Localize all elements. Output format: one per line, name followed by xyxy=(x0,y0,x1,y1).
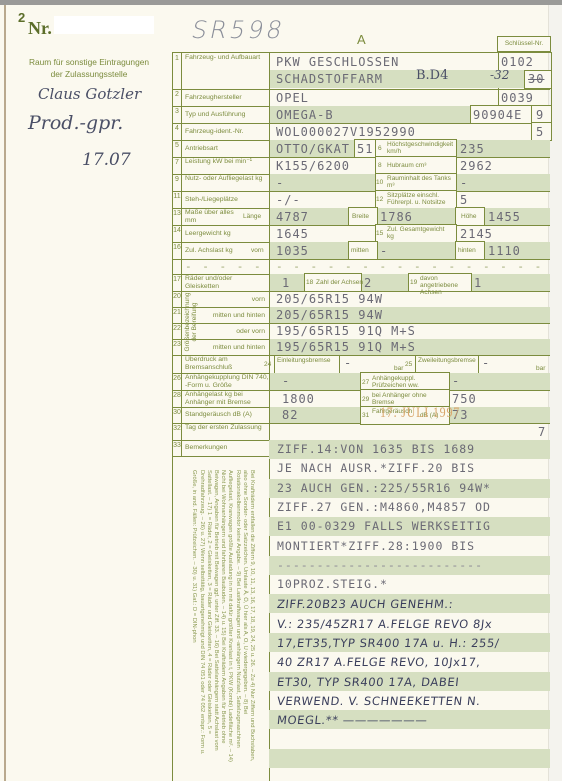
key-number-2: 30 xyxy=(528,72,544,86)
field-number: 10 xyxy=(376,179,383,186)
nr-redacted-field xyxy=(54,16,154,34)
field-number: 20 xyxy=(173,291,182,307)
length-label: Länge xyxy=(243,213,261,220)
field-row-22: 22 oder vorn 195/65R15 91Q M+S xyxy=(173,323,550,340)
power-value: K155/6200 xyxy=(276,159,350,173)
field-label: Zul. Achslast kg xyxy=(185,247,233,255)
field-row-16: 16 Zul. Achslast kg vorn 1035 mitten - h… xyxy=(173,242,550,260)
remark-handwritten-line: VERWEND. V. SCHNEEKETTEN N. xyxy=(276,694,481,708)
length-value: 4787 xyxy=(276,210,309,224)
field-number: 11 xyxy=(173,191,182,208)
field-row-1: 1 Fahrzeug- und Aufbauart PKW GESCHLOSSE… xyxy=(173,53,550,90)
field-value-area: PKW GESCHLOSSEN SCHADSTOFFARM B.D4 -32 0… xyxy=(269,53,550,89)
seats-label: Sitzplätze einschl. Führerpl. u. Notsitz… xyxy=(387,192,453,206)
field-value-area: K155/6200 8 Hubraum cm³ 2962 xyxy=(269,157,550,174)
coupling-approval-value: - xyxy=(452,374,460,388)
remarks-area: ZIFF.14:VON 1635 BIS 1689JE NACH AUSR.*Z… xyxy=(173,440,550,781)
rear-axle-value: 1110 xyxy=(488,244,521,258)
wheels-type-value: 1 xyxy=(282,276,290,290)
remark-typed-line: E1 00-0329 FALLS WERKSEITIG xyxy=(277,519,491,533)
remark-handwritten-line: 40 ZR17 A.FELGE REVO, 10Jx17, xyxy=(276,655,481,669)
middle-axle-value: - xyxy=(380,244,388,258)
single-line-brake-label: Einleitungsbremse xyxy=(277,357,337,364)
middle-axle-label: mitten xyxy=(351,247,369,254)
field-row-17: 17 Räder und/oder Gleisketten 1 18 Zahl … xyxy=(173,274,550,292)
field-value-area: 1 18 Zahl der Achsen 2 19 davon angetrie… xyxy=(269,274,550,291)
payload-value: - xyxy=(276,176,284,190)
field-number: 8 xyxy=(378,162,382,169)
field-number: 28 xyxy=(173,390,182,407)
stationary-noise-value: 82 xyxy=(282,408,298,422)
bar-unit-2: bar xyxy=(536,365,545,372)
field-value-area: WOL000027V1952990 5 xyxy=(269,123,550,140)
emission-class-value: SCHADSTOFFARM xyxy=(276,72,383,86)
field-value-area: -/- 12 Sitzplätze einschl. Führerpl. u. … xyxy=(269,191,550,208)
field-label: Typ und Ausführung xyxy=(185,111,245,119)
field-value-area: OTTO/GKAT 51 6 Höchstgeschwindigkeit km/… xyxy=(269,140,550,157)
field-label: Fahrzeug-ident.-Nr. xyxy=(185,128,244,136)
unbraked-trailer-load-value: 750 xyxy=(452,392,477,406)
field-label: Anhängelast kg bei Anhänger mit Bremse xyxy=(185,391,269,407)
side-note-label-1: Raum für sonstige Eintragungen xyxy=(16,56,162,68)
nr-label: Nr. xyxy=(28,18,52,39)
field-number: 18 xyxy=(306,279,313,286)
driven-axles-value: 1 xyxy=(474,276,482,290)
field-label: Überdruck am Bremsanschluß xyxy=(185,356,265,372)
remark-line xyxy=(269,749,550,768)
field-number: 25 xyxy=(405,361,412,368)
body-type-value: PKW GESCHLOSSEN xyxy=(276,55,399,69)
vin-check-digit: 5 xyxy=(536,125,544,139)
field-label: Maße über alles mm xyxy=(185,209,235,225)
front-axle-value: 1035 xyxy=(276,244,309,258)
trailer-coupling-value: - xyxy=(282,374,290,388)
type-key: 90904E xyxy=(473,108,522,122)
field-label: Standgeräusch dB (A) xyxy=(185,411,252,419)
drive-type-key: 51 xyxy=(357,142,373,156)
field-value-area: - 10 Rauminhalt des Tanks m³ - xyxy=(269,174,550,191)
field-label: Tag der ersten Zulassung xyxy=(185,424,265,432)
field-number: 16 xyxy=(173,242,182,259)
field-value-area: 4787 Breite 1786 Höhe 1455 xyxy=(269,208,550,225)
braked-trailer-load-value: 1800 xyxy=(282,392,315,406)
manufacturer-value: OPEL xyxy=(276,91,309,105)
field-label: Räder und/oder Gleisketten xyxy=(185,275,265,291)
form-letter: A xyxy=(357,32,366,47)
field-number: 21 xyxy=(173,307,182,323)
tyre-alt-rear-value: 195/65R15 91Q M+S xyxy=(276,340,416,354)
field-label: oder vorn xyxy=(193,328,265,336)
tyre-front-value: 205/65R15 94W xyxy=(276,292,383,306)
remark-handwritten-line: V.: 235/45ZR17 A.FELGE REVO 8Jx xyxy=(276,617,493,631)
type-check-digit: 9 xyxy=(536,108,544,122)
remark-typed-line: ZIFF.14:VON 1635 BIS 1689 xyxy=(277,442,475,456)
gross-weight-value: 2145 xyxy=(460,227,493,241)
field-label: mitten und hinten xyxy=(193,312,265,320)
dual-line-brake-value: - xyxy=(482,356,490,370)
tyre-rear-value: 205/65R15 94W xyxy=(276,308,383,322)
width-label: Breite xyxy=(352,213,369,220)
gross-weight-label: Zul. Gesamtgewicht kg xyxy=(387,226,453,240)
type-value: OMEGA-B xyxy=(276,108,334,122)
field-number: 14 xyxy=(173,225,182,242)
vin-value: WOL000027V1952990 xyxy=(276,125,416,139)
field-row-32: 32 Tag der ersten Zulassung 7 xyxy=(173,423,550,441)
first-registration-suffix: 7 xyxy=(538,425,546,439)
handwritten-emission-key: B.D4 xyxy=(416,68,448,83)
field-number: 27 xyxy=(362,379,369,386)
field-number: 26 xyxy=(173,373,182,390)
field-row-21: 21 mitten und hinten 205/65R15 94W xyxy=(173,307,550,324)
field-number: 12 xyxy=(376,196,383,203)
field-label: Fahrzeug- und Aufbauart xyxy=(185,54,265,62)
remark-typed-line: ZIFF.27 GEN.:M4860,M4857 OD xyxy=(277,500,491,514)
field-number: 31 xyxy=(362,412,369,419)
handwritten-key-correction: -32 xyxy=(490,68,509,82)
field-number: 22 xyxy=(173,323,182,339)
field-value-area: - 27 Anhängekuppl. Prüfzeichen ww. - xyxy=(269,373,550,390)
remark-typed-line: -------------------------- xyxy=(277,558,483,572)
field-row-23: 23 mitten und hinten 195/65R15 91Q M+S xyxy=(173,339,550,356)
max-speed-label: Höchstgeschwindigkeit km/h xyxy=(387,141,453,155)
field-number: 15 xyxy=(376,230,383,237)
field-number: 4 xyxy=(173,123,182,140)
field-value-area: OPEL 0039 xyxy=(269,89,550,106)
field-number: 2 xyxy=(173,89,182,106)
bar-unit-1: bar xyxy=(394,365,403,372)
field-label: Leistung kW bei min⁻¹ xyxy=(185,158,265,166)
field-number: 32 xyxy=(173,423,182,440)
axle-count-label: Zahl der Achsen xyxy=(316,279,363,286)
field-label: Antriebsart xyxy=(185,145,218,153)
coupling-approval-label: Anhängekuppl. Prüfzeichen ww. xyxy=(372,375,446,389)
field-number: 19 xyxy=(410,279,417,286)
side-note-label-2: der Zulassungsstelle xyxy=(16,68,162,80)
field-label: vorn xyxy=(193,296,265,304)
schluessel-nr-header: Schlüssel-Nr. xyxy=(497,36,551,52)
width-value: 1786 xyxy=(380,210,413,224)
remark-typed-line: 10PROZ.STEIG.* xyxy=(277,577,388,591)
first-registration-date-stamp: 17. JULI 1997 xyxy=(380,405,460,422)
page-left-edge xyxy=(4,5,6,781)
displacement-value: 2962 xyxy=(460,159,493,173)
handwritten-name: Claus Gotzler xyxy=(38,85,141,103)
empty-weight-value: 1645 xyxy=(276,227,309,241)
remark-typed-line: JE NACH AUSR.*ZIFF.20 BIS xyxy=(277,461,475,475)
field-number: 23 xyxy=(173,339,182,355)
field-row-5: 5 Antriebsart OTTO/GKAT 51 6 Höchstgesch… xyxy=(173,140,550,158)
field-value-area: 1645 15 Zul. Gesamtgewicht kg 2145 xyxy=(269,225,550,242)
single-line-brake-value: - xyxy=(344,356,352,370)
field-value-area: OMEGA-B 90904E 9 xyxy=(269,106,550,123)
tank-volume-label: Rauminhalt des Tanks m³ xyxy=(387,175,453,189)
field-number: 6 xyxy=(378,145,382,152)
field-number: 13 xyxy=(173,208,182,225)
vehicle-registration-form: 1 Fahrzeug- und Aufbauart PKW GESCHLOSSE… xyxy=(172,52,550,781)
tyre-alt-front-value: 195/65R15 91Q M+S xyxy=(276,324,416,338)
height-label: Höhe xyxy=(461,213,477,220)
seats-value: 5 xyxy=(460,193,468,207)
standing-places-value: -/- xyxy=(276,193,301,207)
height-value: 1455 xyxy=(488,210,521,224)
displacement-label: Hubraum cm³ xyxy=(387,162,426,169)
field-number: 30 xyxy=(173,407,182,423)
field-row-7: 7 Leistung kW bei min⁻¹ K155/6200 8 Hubr… xyxy=(173,157,550,175)
rear-axle-label: hinten xyxy=(458,247,476,254)
field-value-area: 7 xyxy=(269,423,550,440)
field-number: 17 xyxy=(173,274,182,291)
field-number: 1 xyxy=(173,53,182,89)
field-number: 24 xyxy=(264,361,271,368)
drive-type-value: OTTO/GKAT xyxy=(276,142,350,156)
handwritten-date: 17.07 xyxy=(82,150,131,170)
field-label: Fahrzeughersteller xyxy=(185,94,242,102)
remark-line xyxy=(269,730,550,749)
field-row-30: 30 Standgeräusch dB (A) 82 31 Fahrgeräus… xyxy=(173,407,550,424)
remark-handwritten-line: 17,ET35,TYP SR400 17A u. H.: 255/ xyxy=(276,636,500,650)
remark-typed-line: MONTIERT*ZIFF.28:1900 BIS xyxy=(277,539,475,553)
dual-line-brake-label: Zweileitungsbremse xyxy=(418,357,476,364)
field-number: 9 xyxy=(173,174,182,191)
field-label: Steh-/Liegeplätze xyxy=(185,196,238,204)
front-axle-label: vorn xyxy=(251,247,264,254)
field-label: Leergewicht kg xyxy=(185,230,231,238)
field-number: 5 xyxy=(173,140,182,157)
remark-handwritten-line: ZIFF.20B23 AUCH GENEHM.: xyxy=(276,597,454,611)
field-label: Anhängekupplung DIN 740, -Form u. Größe xyxy=(185,374,269,390)
field-number: 3 xyxy=(173,106,182,123)
field-value-area: 24 Einleitungsbremse - bar 25 Zweileitun… xyxy=(269,355,550,373)
field-row-13: 13 Maße über alles mm Länge 4787 Breite … xyxy=(173,208,550,226)
field-label: Nutz- oder Aufliegelast kg xyxy=(185,175,265,183)
registration-office-note-area: Raum für sonstige Eintragungen der Zulas… xyxy=(16,56,162,80)
manufacturer-key: 0039 xyxy=(501,91,534,105)
remark-handwritten-line: ET30, TYP SR400 17A, DABEI xyxy=(276,675,460,689)
handwritten-reference-number: SR598 xyxy=(189,16,288,44)
field-number: 29 xyxy=(362,396,369,403)
unbraked-trailer-label: bei Anhänger ohne Bremse xyxy=(372,392,446,406)
axle-count-value: 2 xyxy=(364,276,372,290)
field-row-20: 20 vorn 205/65R15 94W xyxy=(173,291,550,308)
field-row-9: 9 Nutz- oder Aufliegelast kg - 10 Raumin… xyxy=(173,174,550,192)
handwritten-prod-note: Prod.-gpr. xyxy=(28,112,123,134)
remark-handwritten-line: MOEGL.** ——————— xyxy=(276,713,428,727)
field-row-3: 3 Typ und Ausführung OMEGA-B 90904E 9 xyxy=(173,106,550,124)
field-number: 7 xyxy=(173,157,182,174)
field-value-area: 1035 mitten - hinten 1110 xyxy=(269,242,550,259)
remark-typed-line: 23 AUCH GEN.:225/55R16 94W* xyxy=(277,481,491,495)
tank-volume-value: - xyxy=(460,176,468,190)
max-speed-value: 235 xyxy=(460,142,485,156)
key-number-1: 0102 xyxy=(501,55,534,69)
page-number: 2 xyxy=(18,10,25,25)
field-label: mitten und hinten xyxy=(193,344,265,352)
